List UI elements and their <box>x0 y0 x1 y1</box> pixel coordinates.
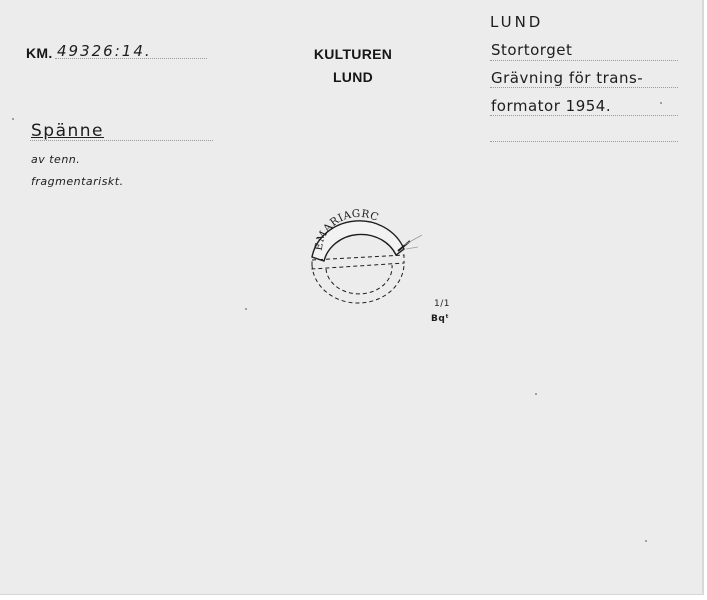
catalog-label: KM. <box>26 45 53 61</box>
paper-speck <box>645 540 647 542</box>
drawing-scale: 1/1 <box>434 299 450 309</box>
institution-city: LUND <box>310 69 396 85</box>
location-rule-1 <box>490 60 678 61</box>
location-city: LUND <box>490 13 543 31</box>
drawing-artist-initials: Bqᵗ <box>431 314 449 324</box>
institution-name: KULTUREN <box>310 46 396 62</box>
object-material: av tenn. <box>31 153 80 166</box>
paper-speck <box>660 102 662 104</box>
catalog-card: KM. 49326:14. KULTUREN LUND LUND Stortor… <box>0 0 704 595</box>
location-site: Stortorget <box>491 41 572 59</box>
paper-speck <box>245 308 247 310</box>
location-rule-4 <box>490 141 678 142</box>
catalog-number: 49326:14. <box>57 42 152 60</box>
location-rule-2 <box>490 87 678 88</box>
location-excavation-line2: formator 1954. <box>491 97 611 115</box>
paper-speck <box>12 118 14 120</box>
brooch-drawing: EMARIAGRC <box>300 205 430 315</box>
object-name: Spänne <box>31 121 104 141</box>
paper-speck <box>535 393 537 395</box>
object-rule <box>30 140 213 141</box>
location-rule-3 <box>490 115 678 116</box>
object-condition: fragmentariskt. <box>31 175 124 188</box>
location-excavation-line1: Grävning för trans- <box>491 69 643 87</box>
